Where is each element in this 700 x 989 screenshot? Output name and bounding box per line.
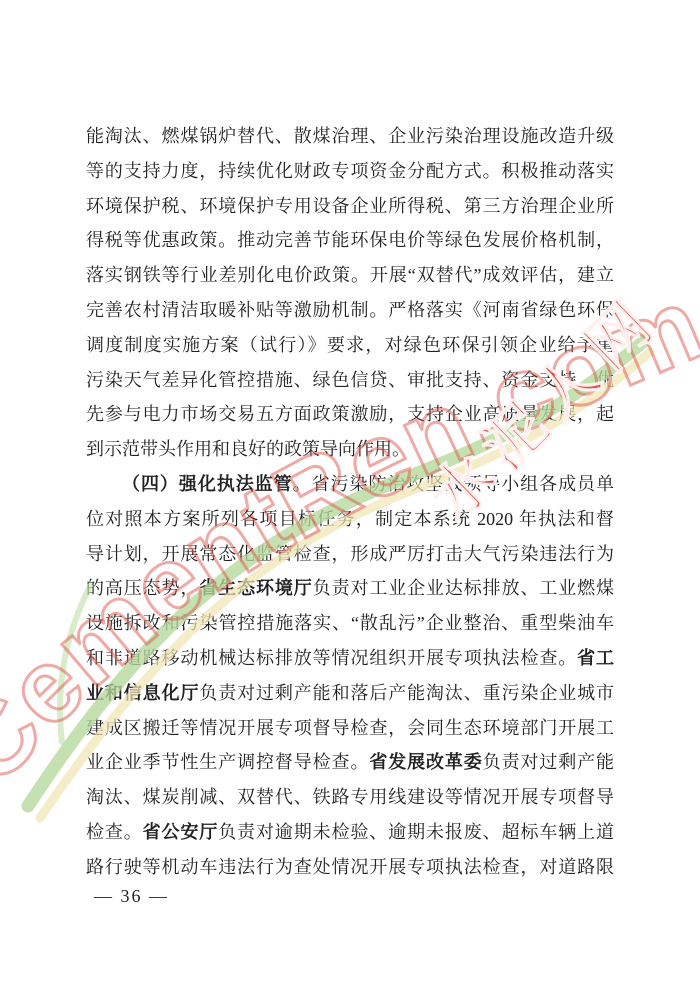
text-segment: 负责对过剩产能和落后产能淘汰、重污染企业城市 xyxy=(199,683,614,703)
text-segment: 到示范带头作用和良好的政策导向作用。 xyxy=(86,439,410,459)
bold-text-segment: （四）强化执法监管 xyxy=(122,474,293,494)
bold-text-segment: 省发展改革委 xyxy=(369,752,482,772)
text-segment: 能淘汰、燃煤锅炉替代、散煤治理、企业污染治理设施改造升级 xyxy=(86,126,614,146)
text-segment: 检查。 xyxy=(86,822,143,842)
text-line: 的高压态势，省生态环境厅负责对工业企业达标排放、工业燃煤 xyxy=(86,571,614,606)
text-segment: 位对照本方案所列各项目标任务，制定本系统 2020 年执法和督 xyxy=(86,509,614,529)
text-line: 路行驶等机动车违法行为查处情况开展专项执法检查，对道路限 xyxy=(86,850,614,885)
text-segment: 导计划，开展常态化监管检查，形成严厉打击大气污染违法行为 xyxy=(86,544,614,564)
text-segment: 完善农村清洁取暖补贴等激励机制。严格落实《河南省绿色环保 xyxy=(86,300,614,320)
text-line: 能淘汰、燃煤锅炉替代、散煤治理、企业污染治理设施改造升级 xyxy=(86,119,614,154)
text-line: 污染天气差异化管控措施、绿色信贷、审批支持、资金支持、优 xyxy=(86,363,614,398)
text-segment: 污染天气差异化管控措施、绿色信贷、审批支持、资金支持、优 xyxy=(86,370,614,390)
text-line: 完善农村清洁取暖补贴等激励机制。严格落实《河南省绿色环保 xyxy=(86,293,614,328)
text-line: 业和信息化厅负责对过剩产能和落后产能淘汰、重污染企业城市 xyxy=(86,676,614,711)
text-segment: 业企业季节性生产调控督导检查。 xyxy=(86,752,369,772)
text-segment: 落实钢铁等行业差别化电价政策。开展“双替代”成效评估，建立 xyxy=(86,265,614,285)
text-line: 检查。省公安厅负责对逾期未检验、逾期未报废、超标车辆上道 xyxy=(86,815,614,850)
text-line: 业企业季节性生产调控督导检查。省发展改革委负责对过剩产能 xyxy=(86,745,614,780)
text-segment: 调度制度实施方案（试行）》要求，对绿色环保引领企业给予重 xyxy=(86,335,614,355)
text-line: 环境保护税、环境保护专用设备企业所得税、第三方治理企业所 xyxy=(86,189,614,224)
text-segment: 环境保护税、环境保护专用设备企业所得税、第三方治理企业所 xyxy=(86,196,614,216)
page-number: — 36 — xyxy=(94,886,169,907)
text-line: 先参与电力市场交易五方面政策激励，支持企业高质量发展，起 xyxy=(86,397,614,432)
bold-text-segment: 省公安厅 xyxy=(143,822,219,842)
text-line: 调度制度实施方案（试行）》要求，对绿色环保引领企业给予重 xyxy=(86,328,614,363)
text-segment: 得税等优惠政策。推动完善节能环保电价等绿色发展价格机制， xyxy=(86,230,614,250)
bold-text-segment: 省工 xyxy=(577,648,614,668)
text-segment: 建成区搬迁等情况开展专项督导检查，会同生态环境部门开展工 xyxy=(86,718,614,738)
text-segment: 淘汰、煤炭削减、双替代、铁路专用线建设等情况开展专项督导 xyxy=(86,787,614,807)
text-segment: 。省污染防治攻坚战领导小组各成员单 xyxy=(293,474,614,494)
text-line: 和非道路移动机械达标排放等情况组织开展专项执法检查。省工 xyxy=(86,641,614,676)
text-lines: 能淘汰、燃煤锅炉替代、散煤治理、企业污染治理设施改造升级等的支持力度，持续优化财… xyxy=(86,119,614,885)
text-line: （四）强化执法监管。省污染防治攻坚战领导小组各成员单 xyxy=(86,467,614,502)
text-segment: 负责对过剩产能 xyxy=(483,752,614,772)
text-line: 淘汰、煤炭削减、双替代、铁路专用线建设等情况开展专项督导 xyxy=(86,780,614,815)
text-line: 位对照本方案所列各项目标任务，制定本系统 2020 年执法和督 xyxy=(86,502,614,537)
text-segment: 负责对工业企业达标排放、工业燃煤 xyxy=(313,578,614,598)
text-segment: 和非道路移动机械达标排放等情况组织开展专项执法检查。 xyxy=(86,648,577,668)
text-segment: 的高压态势， xyxy=(86,578,199,598)
text-segment: 设施拆改和污染管控措施落实、“散乱污”企业整治、重型柴油车 xyxy=(86,613,614,633)
text-line: 建成区搬迁等情况开展专项督导检查，会同生态环境部门开展工 xyxy=(86,711,614,746)
bold-text-segment: 省生态环境厅 xyxy=(199,578,312,598)
text-line: 落实钢铁等行业差别化电价政策。开展“双替代”成效评估，建立 xyxy=(86,258,614,293)
text-line: 等的支持力度，持续优化财政专项资金分配方式。积极推动落实 xyxy=(86,154,614,189)
bold-text-segment: 业和信息化厅 xyxy=(86,683,199,703)
document-page: 能淘汰、燃煤锅炉替代、散煤治理、企业污染治理设施改造升级等的支持力度，持续优化财… xyxy=(0,0,700,989)
text-line: 得税等优惠政策。推动完善节能环保电价等绿色发展价格机制， xyxy=(86,223,614,258)
text-segment: 路行驶等机动车违法行为查处情况开展专项执法检查，对道路限 xyxy=(86,857,614,877)
text-segment: 负责对逾期未检验、逾期未报废、超标车辆上道 xyxy=(218,822,614,842)
text-line: 到示范带头作用和良好的政策导向作用。 xyxy=(86,432,614,467)
text-segment: 先参与电力市场交易五方面政策激励，支持企业高质量发展，起 xyxy=(86,404,614,424)
text-line: 导计划，开展常态化监管检查，形成严厉打击大气污染违法行为 xyxy=(86,537,614,572)
text-line: 设施拆改和污染管控措施落实、“散乱污”企业整治、重型柴油车 xyxy=(86,606,614,641)
text-segment: 等的支持力度，持续优化财政专项资金分配方式。积极推动落实 xyxy=(86,161,614,181)
